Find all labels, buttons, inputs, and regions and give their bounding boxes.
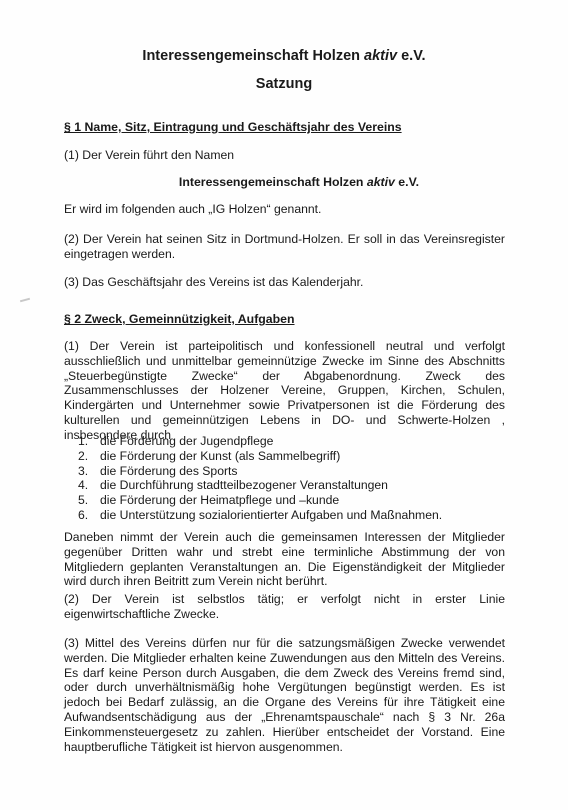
list-item: 1.die Förderung der Jugendpflege <box>78 434 442 449</box>
name-italic: aktiv <box>367 175 395 189</box>
section-1-paragraph-2: (2) Der Verein hat seinen Sitz in Dortmu… <box>64 232 505 262</box>
name-main: Interessengemeinschaft Holzen <box>179 175 367 189</box>
scan-artifact <box>20 298 30 303</box>
list-number: 1. <box>78 434 100 449</box>
section-1-heading: § 1 Name, Sitz, Eintragung und Geschäfts… <box>64 120 402 134</box>
list-text: die Förderung der Heimatpflege und –kund… <box>100 493 339 508</box>
document-subtitle: Satzung <box>0 76 568 92</box>
title-main: Interessengemeinschaft Holzen <box>142 48 364 64</box>
section-2-paragraph-1: (1) Der Verein ist parteipolitisch und k… <box>64 339 505 443</box>
list-item: 4.die Durchführung stadtteilbezogener Ve… <box>78 478 442 493</box>
list-text: die Förderung des Sports <box>100 464 238 479</box>
list-text: die Förderung der Kunst (als Sammelbegri… <box>100 449 340 464</box>
document-page: Interessengemeinschaft Holzen aktiv e.V.… <box>0 0 568 810</box>
list-number: 2. <box>78 449 100 464</box>
list-text: die Durchführung stadtteilbezogener Vera… <box>100 478 388 493</box>
list-item: 2.die Förderung der Kunst (als Sammelbeg… <box>78 449 442 464</box>
section-2-paragraph-3: (3) Mittel des Vereins dürfen nur für di… <box>64 636 505 754</box>
list-number: 3. <box>78 464 100 479</box>
purpose-list: 1.die Förderung der Jugendpflege 2.die F… <box>78 434 442 523</box>
section-2-heading: § 2 Zweck, Gemeinnützigkeit, Aufgaben <box>64 312 295 326</box>
list-item: 3.die Förderung des Sports <box>78 464 442 479</box>
list-text: die Förderung der Jugendpflege <box>100 434 273 449</box>
document-title: Interessengemeinschaft Holzen aktiv e.V. <box>0 48 568 64</box>
list-item: 6.die Unterstützung sozialorientierter A… <box>78 508 442 523</box>
title-italic: aktiv <box>364 48 397 64</box>
section-2-paragraph-daneben: Daneben nimmt der Verein auch die gemein… <box>64 530 505 589</box>
list-item: 5.die Förderung der Heimatpflege und –ku… <box>78 493 442 508</box>
list-number: 5. <box>78 493 100 508</box>
list-number: 4. <box>78 478 100 493</box>
section-1-paragraph-1: (1) Der Verein führt den Namen <box>64 148 505 163</box>
list-number: 6. <box>78 508 100 523</box>
section-2-paragraph-2: (2) Der Verein ist selbstlos tätig; er v… <box>64 592 505 622</box>
section-1-alias: Er wird im folgenden auch „IG Holzen“ ge… <box>64 202 505 217</box>
list-text: die Unterstützung sozialorientierter Auf… <box>100 508 442 523</box>
association-name: Interessengemeinschaft Holzen aktiv e.V. <box>0 175 568 189</box>
section-1-paragraph-3: (3) Das Geschäftsjahr des Vereins ist da… <box>64 275 505 290</box>
name-suffix: e.V. <box>395 175 419 189</box>
title-suffix: e.V. <box>397 48 426 64</box>
